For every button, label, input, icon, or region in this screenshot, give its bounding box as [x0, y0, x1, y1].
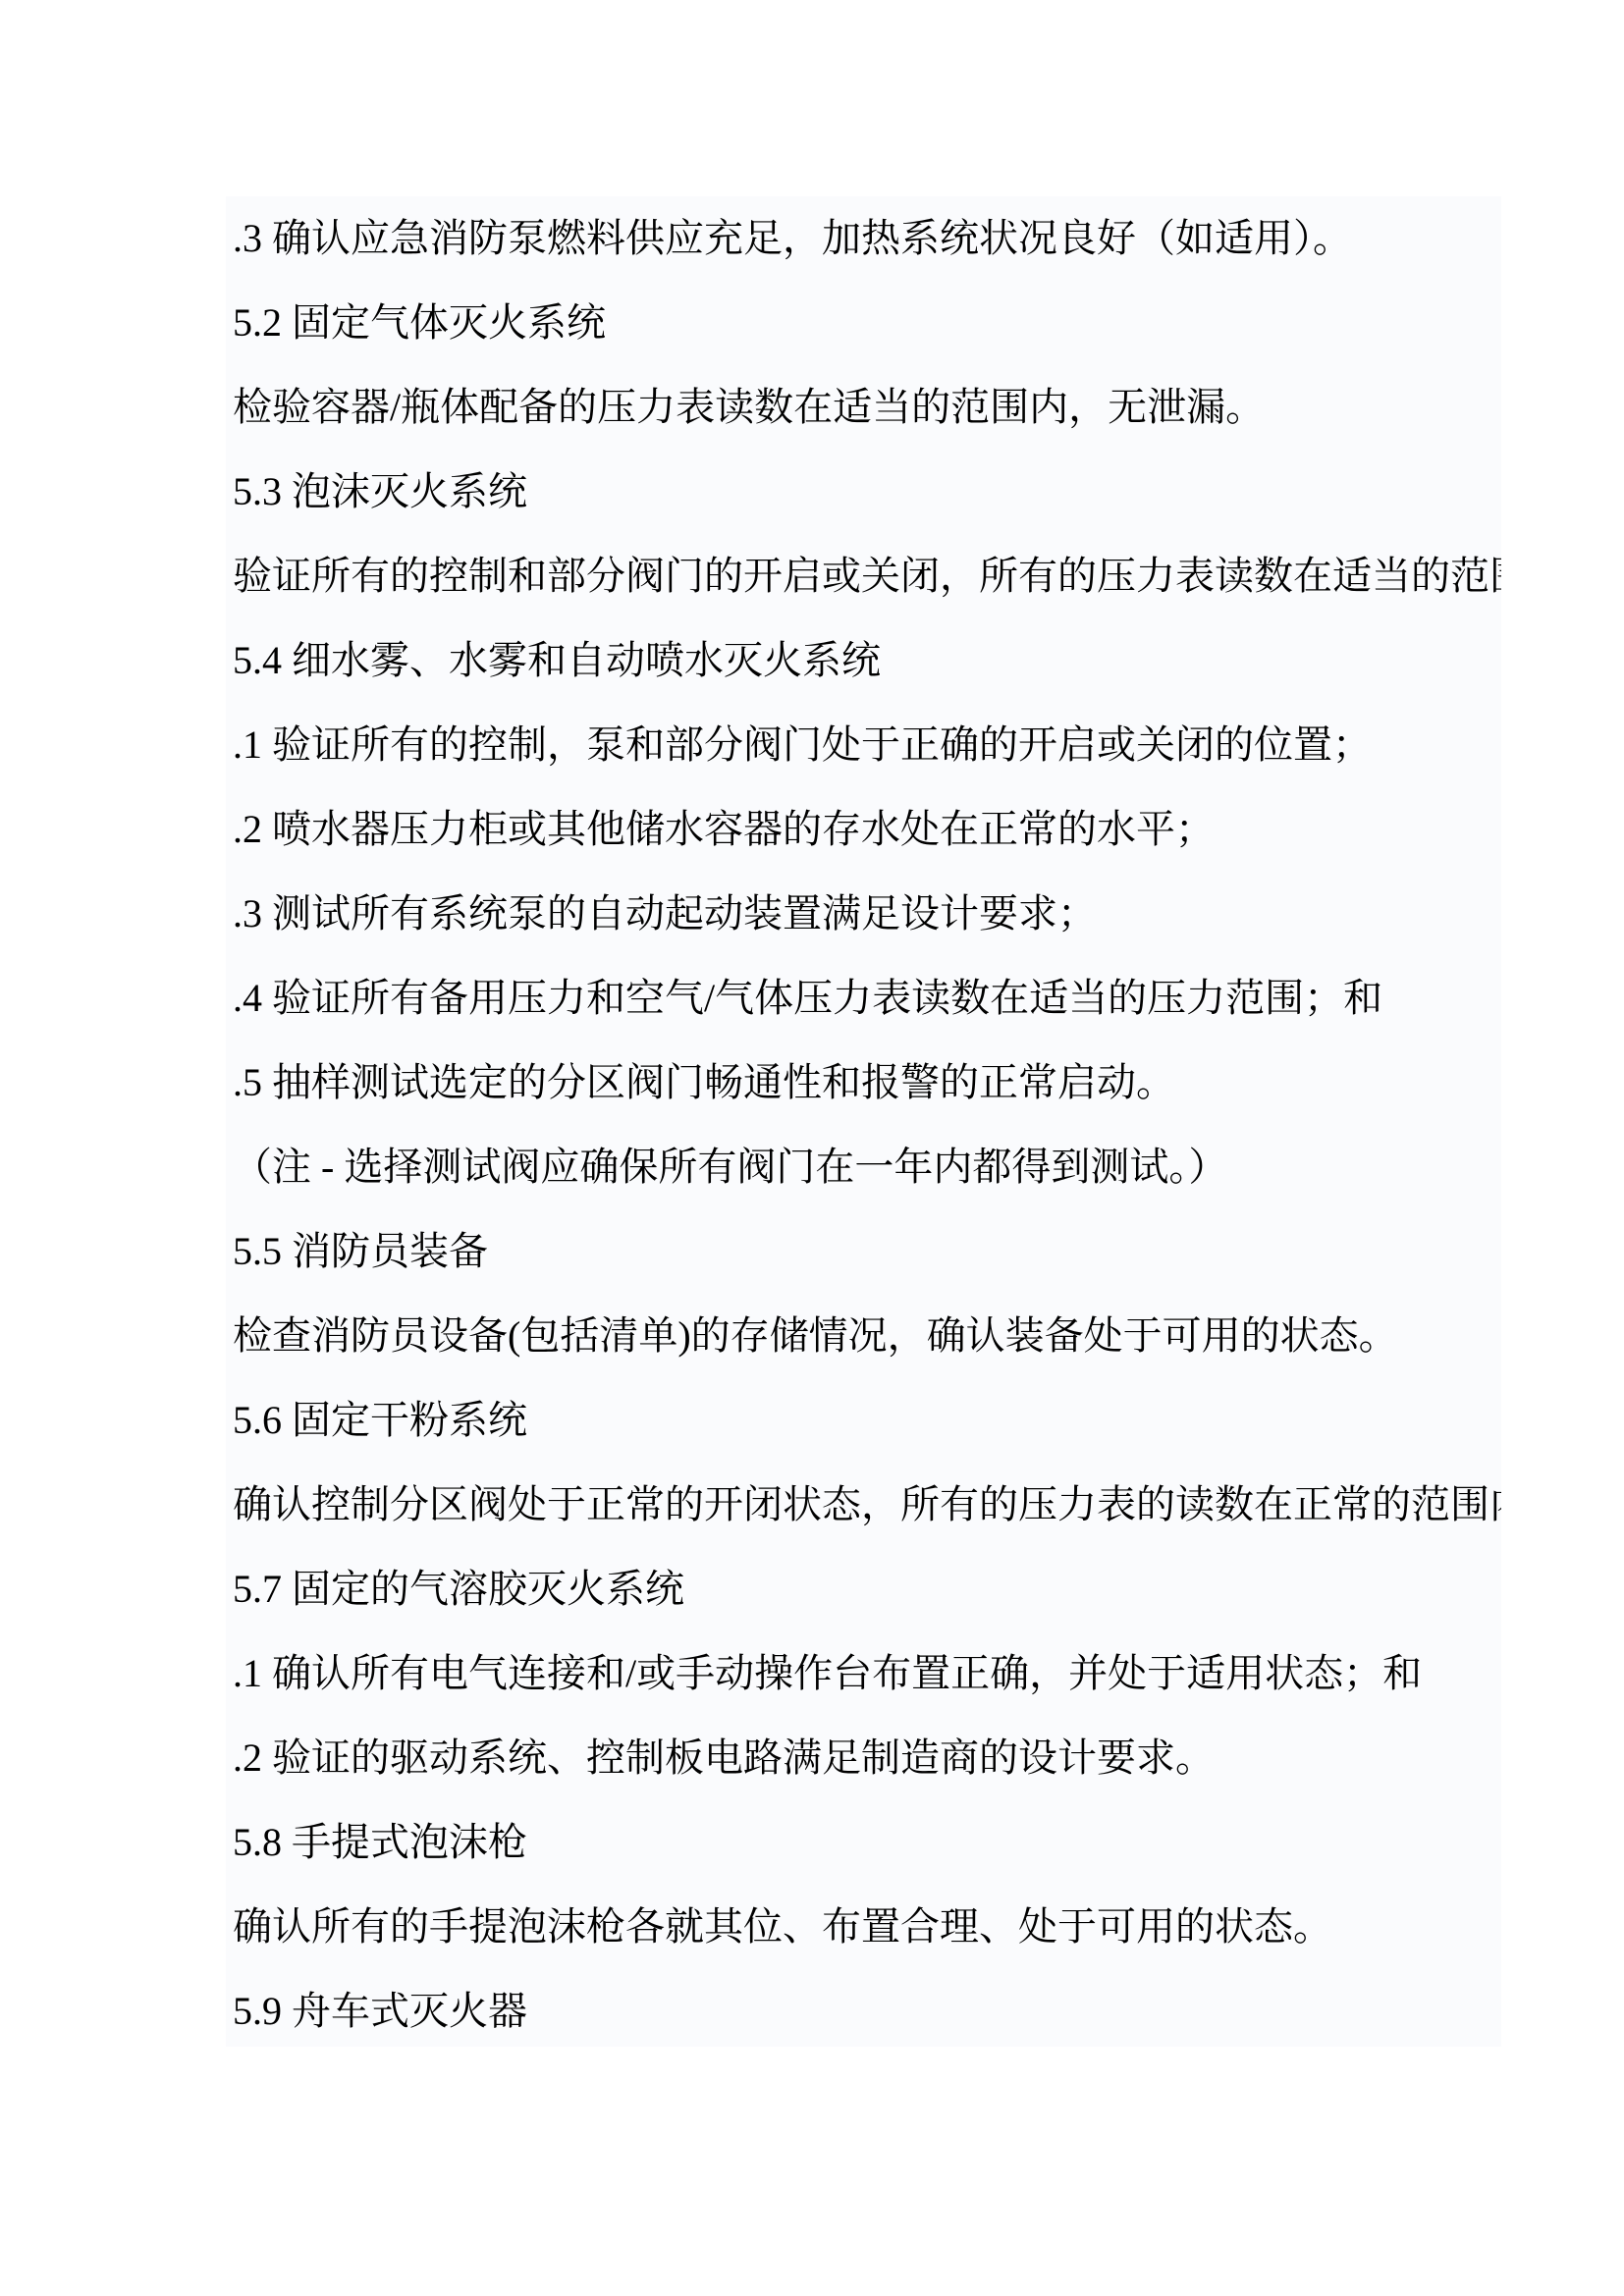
page: { "page": { "background": "#ffffff", "co…	[0, 0, 1624, 2296]
section-heading: 5.8 手提式泡沫枪	[226, 1800, 1501, 1885]
section-heading: 5.2 固定气体灭火系统	[226, 281, 1501, 365]
paragraph-line: 验证所有的控制和部分阀门的开启或关闭，所有的压力表读数在适当的范围内。	[226, 534, 1501, 618]
section-heading: 5.9 舟车式灭火器	[226, 1969, 1501, 2047]
paragraph-line: .3 测试所有系统泵的自动起动装置满足设计要求；	[226, 872, 1501, 956]
paragraph-line: .1 确认所有电气连接和/或手动操作台布置正确，并处于适用状态；和	[226, 1631, 1501, 1716]
paragraph-line: 确认控制分区阀处于正常的开闭状态，所有的压力表的读数在正常的范围内。	[226, 1463, 1501, 1547]
paragraph-line: .3 确认应急消防泵燃料供应充足，加热系统状况良好（如适用）。	[226, 196, 1501, 281]
section-heading: 5.4 细水雾、水雾和自动喷水灭火系统	[226, 618, 1501, 703]
paragraph-line: .1 验证所有的控制，泵和部分阀门处于正确的开启或关闭的位置；	[226, 703, 1501, 787]
paragraph-line: .2 验证的驱动系统、控制板电路满足制造商的设计要求。	[226, 1716, 1501, 1800]
paragraph-line: 检验容器/瓶体配备的压力表读数在适当的范围内，无泄漏。	[226, 365, 1501, 450]
paragraph-line: .4 验证所有备用压力和空气/气体压力表读数在适当的压力范围；和	[226, 956, 1501, 1041]
paragraph-line: 确认所有的手提泡沫枪各就其位、布置合理、处于可用的状态。	[226, 1885, 1501, 1969]
document-content: .3 确认应急消防泵燃料供应充足，加热系统状况良好（如适用）。 5.2 固定气体…	[226, 196, 1501, 2047]
paragraph-line: 检查消防员设备(包括清单)的存储情况，确认装备处于可用的状态。	[226, 1294, 1501, 1378]
paragraph-line: .5 抽样测试选定的分区阀门畅通性和报警的正常启动。	[226, 1041, 1501, 1125]
section-heading: 5.5 消防员装备	[226, 1209, 1501, 1294]
paragraph-line: .2 喷水器压力柜或其他储水容器的存水处在正常的水平；	[226, 787, 1501, 872]
section-heading: 5.3 泡沫灭火系统	[226, 450, 1501, 534]
note-line: （注 - 选择测试阀应确保所有阀门在一年内都得到测试。）	[226, 1125, 1501, 1209]
section-heading: 5.7 固定的气溶胶灭火系统	[226, 1547, 1501, 1631]
section-heading: 5.6 固定干粉系统	[226, 1378, 1501, 1463]
